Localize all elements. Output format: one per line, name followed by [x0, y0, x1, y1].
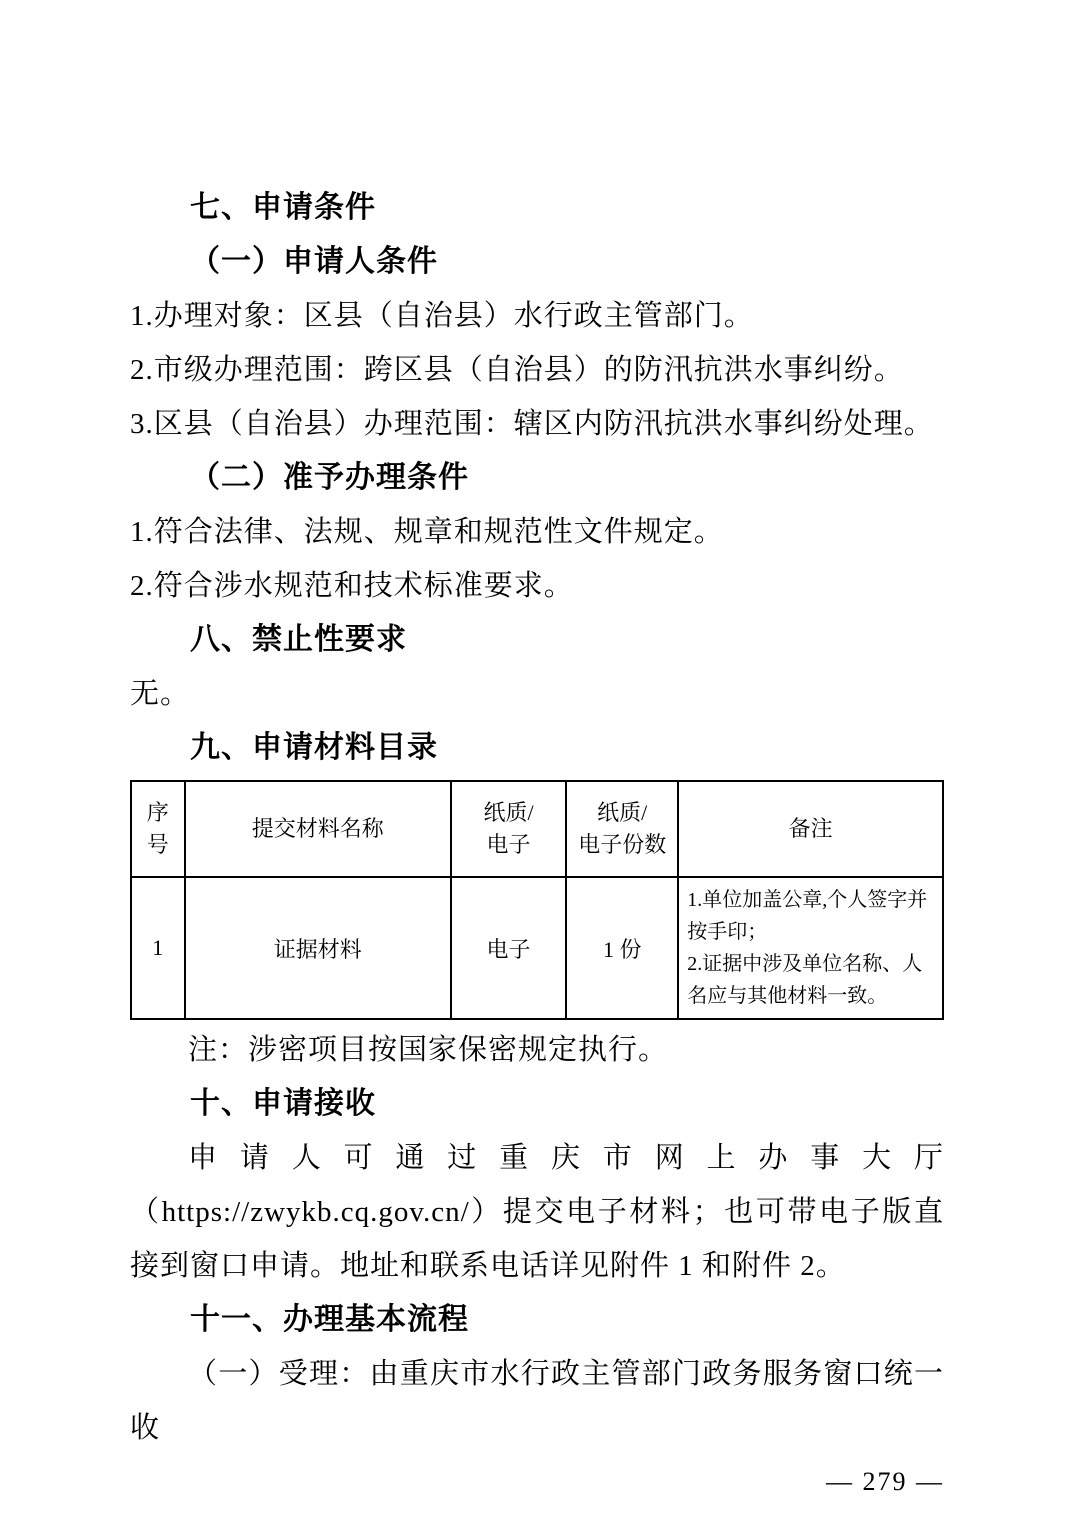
subsection-heading-2: （二）准予办理条件 [130, 451, 944, 505]
page-number: — 279 — [130, 1455, 944, 1509]
paragraph-10: 申请人可通过重庆市网上办事大厅（https://zwykb.cq.gov.cn/… [130, 1131, 944, 1293]
cell-remark: 1.单位加盖公章,个人签字并按手印； 2.证据中涉及单位名称、人名应与其他材料一… [678, 877, 943, 1019]
paragraph-11: （一）受理：由重庆市水行政主管部门政务服务窗口统一收 [130, 1347, 944, 1455]
header-medium: 纸质/ 电子 [451, 781, 566, 877]
header-copies: 纸质/ 电子份数 [566, 781, 678, 877]
list-item: 2.市级办理范围：跨区县（自治县）的防汛抗洪水事纠纷。 [130, 343, 944, 397]
list-item: 2.符合涉水规范和技术标准要求。 [130, 559, 944, 613]
list-item: 1.符合法律、法规、规章和规范性文件规定。 [130, 505, 944, 559]
section-heading-10: 十、申请接收 [130, 1077, 944, 1131]
cell-material-name: 证据材料 [185, 877, 451, 1019]
document-page: 七、申请条件 （一）申请人条件 1.办理对象：区县（自治县）水行政主管部门。 2… [0, 0, 1074, 1520]
table-row: 1 证据材料 电子 1 份 1.单位加盖公章,个人签字并按手印； 2.证据中涉及… [131, 877, 943, 1019]
header-seq: 序号 [131, 781, 185, 877]
cell-seq: 1 [131, 877, 185, 1019]
list-item: 1.办理对象：区县（自治县）水行政主管部门。 [130, 289, 944, 343]
header-material-name: 提交材料名称 [185, 781, 451, 877]
section-heading-11: 十一、办理基本流程 [130, 1293, 944, 1347]
table-note: 注：涉密项目按国家保密规定执行。 [130, 1023, 944, 1077]
list-item: 3.区县（自治县）办理范围：辖区内防汛抗洪水事纠纷处理。 [130, 397, 944, 451]
section-heading-8: 八、禁止性要求 [130, 613, 944, 667]
none-text: 无。 [130, 667, 944, 721]
section-heading-7: 七、申请条件 [130, 181, 944, 235]
table-header-row: 序号 提交材料名称 纸质/ 电子 纸质/ 电子份数 备注 [131, 781, 943, 877]
subsection-heading-1: （一）申请人条件 [130, 235, 944, 289]
cell-medium: 电子 [451, 877, 566, 1019]
section-heading-9: 九、申请材料目录 [130, 721, 944, 775]
cell-copies: 1 份 [566, 877, 678, 1019]
header-remark: 备注 [678, 781, 943, 877]
materials-table: 序号 提交材料名称 纸质/ 电子 纸质/ 电子份数 备注 1 证据材料 电子 1… [130, 780, 944, 1020]
